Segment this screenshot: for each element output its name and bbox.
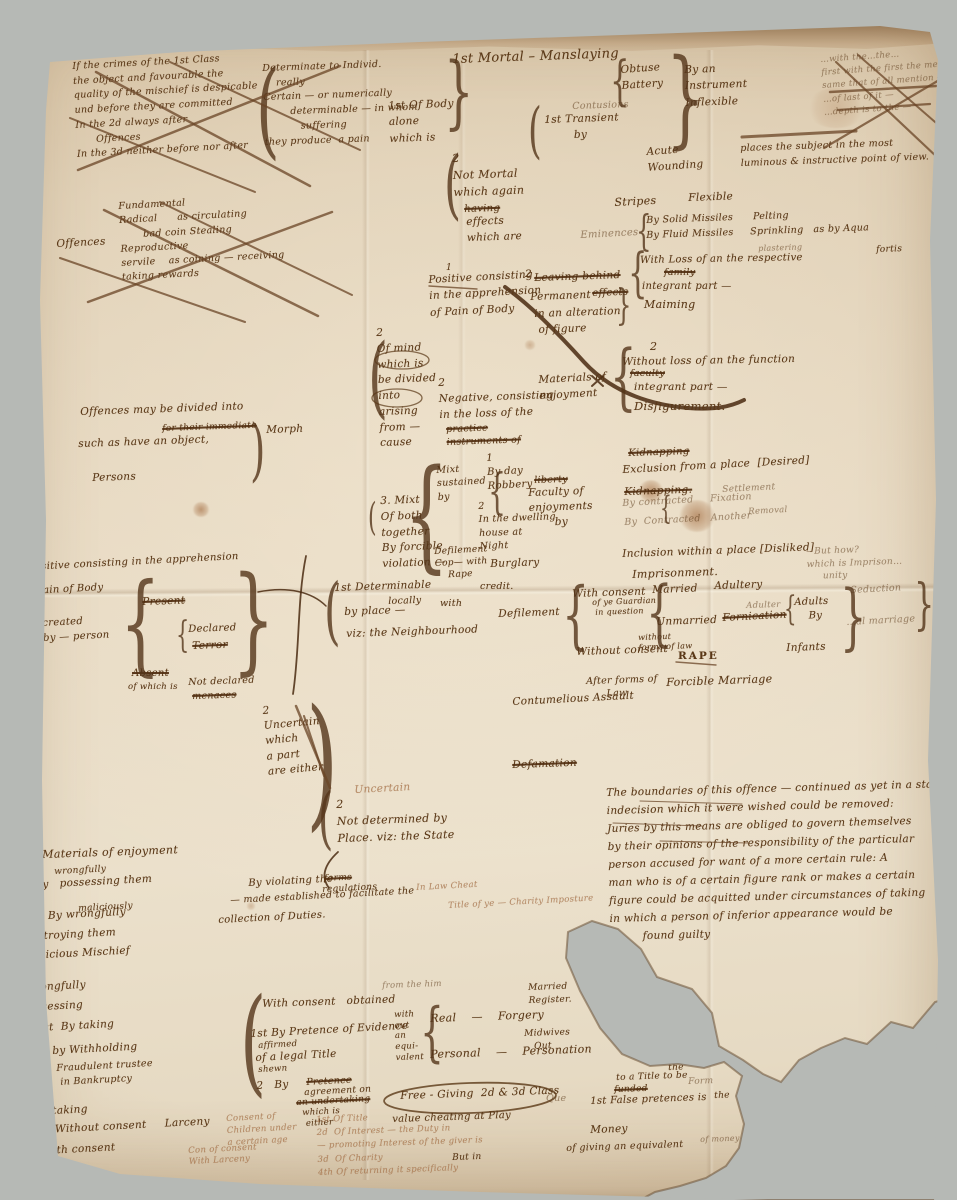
- ink-brace: }: [914, 580, 934, 630]
- handwritten-text: Adulter: [746, 599, 781, 613]
- handwritten-text: By possessing them: [34, 871, 153, 893]
- ink-brace: }: [616, 286, 632, 324]
- handwritten-text: such as have an object,: [78, 431, 209, 452]
- ink-brace: }: [232, 568, 275, 672]
- label-with-consent-obtained: With consent obtained: [262, 991, 396, 1012]
- ink-brace: (: [528, 104, 542, 159]
- handwritten-text: Eminences: [580, 225, 639, 244]
- crossed-note-offences: Fundamental Radical as circulating bad c…: [118, 191, 286, 285]
- ink-brace: {: [562, 582, 589, 649]
- label-burglary: Burglary: [490, 554, 540, 572]
- ink-brace: {: [120, 574, 161, 673]
- handwritten-text: of giving an equivalent: [566, 1138, 684, 1157]
- handwritten-text: created by — person: [42, 613, 110, 646]
- label-malicious-mischief: Malicious Mischief: [24, 942, 130, 964]
- manuscript-paper: LASSIFICATI3 Classes. Rough Draught in t…: [0, 0, 957, 1200]
- handwritten-text: 2 by Withholding: [34, 1039, 138, 1061]
- handwritten-text: Con of consent With Larceny: [188, 1142, 258, 1168]
- label-disfigurement: Disfigurement.: [634, 398, 725, 416]
- ink-brace: {: [646, 580, 673, 645]
- handwritten-text: 2d With consent: [24, 1139, 116, 1160]
- ink-brace: {: [610, 58, 630, 106]
- label-inclusion: Inclusion within a place [Disliked]: [622, 539, 815, 562]
- ink-brace: (: [368, 336, 388, 416]
- handwritten-text: Flexible: [688, 188, 733, 206]
- handwritten-text: Offences: [56, 233, 106, 252]
- handwritten-text: 1st False pretences is: [590, 1090, 707, 1110]
- handwritten-text: Faculty of enjoyments by: [528, 484, 594, 532]
- scanned-manuscript: LASSIFICATI3 Classes. Rough Draught in t…: [0, 0, 957, 1200]
- ink-brace: ): [250, 420, 265, 481]
- label-neighbourhood: viz: the Neighbourhood: [346, 621, 479, 642]
- ink-brace: {: [488, 470, 506, 514]
- handwritten-text: Money: [590, 1121, 628, 1139]
- handwritten-text: practice instruments of: [446, 421, 521, 449]
- handwritten-text: in an alteration of figure: [534, 303, 622, 339]
- handwritten-text: By taking: [34, 1101, 88, 1120]
- note-boundaries-of-offence: The boundaries of this offence — continu…: [606, 775, 957, 947]
- handwritten-text: integrant part —: [634, 379, 728, 395]
- handwritten-text: Removal: [748, 504, 788, 519]
- handwritten-text: Persons: [92, 468, 136, 486]
- ink-brace: }: [840, 584, 867, 649]
- handwritten-text: Positive consisting in the apprehension …: [428, 266, 543, 321]
- handwritten-text: By Contracted Another: [624, 509, 752, 530]
- handwritten-text: integrant part —: [642, 279, 732, 295]
- handwritten-text: menaces: [192, 688, 237, 704]
- handwritten-text: 1st By taking: [36, 1016, 115, 1036]
- handwritten-text: Contumelious Assault: [512, 688, 634, 711]
- handwritten-text: collection of Duties.: [218, 907, 326, 928]
- handwritten-text: 2 Not Mortal which again: [452, 148, 525, 202]
- crossed-marginal-note: …with the…the… first with the first the …: [820, 44, 957, 120]
- handwritten-text: Title of ye — Charity Imposture: [448, 892, 594, 913]
- handwritten-text: effects which are: [466, 212, 522, 246]
- handwritten-text: Married Register.: [528, 980, 572, 1007]
- label-adultery: Adultery: [714, 576, 763, 594]
- handwritten-text: Infants: [786, 639, 826, 657]
- handwritten-text: 2 Negative, consisting in the loss of th…: [438, 372, 555, 423]
- handwritten-text: Terror: [192, 637, 228, 654]
- handwritten-text: fortis: [876, 243, 902, 258]
- ink-brace: {: [176, 620, 189, 652]
- label-rape: RAPE: [678, 648, 719, 664]
- handwritten-text: with: [440, 597, 462, 612]
- handwritten-text: Midwives Out: [524, 1026, 571, 1053]
- handwritten-text: Declared: [188, 620, 237, 637]
- handwritten-text: by place —: [344, 602, 406, 620]
- ink-brace: {: [610, 344, 637, 409]
- ink-brace: }: [444, 56, 474, 128]
- handwritten-text: Que: [546, 1092, 566, 1107]
- handwritten-text: 1st Transient by: [544, 109, 620, 144]
- label-forcible-marriage: Forcible Marriage: [666, 670, 773, 691]
- label-the-state: 2 Not determined by Place. viz: the Stat…: [336, 792, 455, 847]
- handwritten-text: Fraudulent trustee in Bankruptcy: [56, 1057, 154, 1091]
- label-forgery: Real — Forgery: [430, 1006, 544, 1027]
- label-defilement: Defilement: [498, 604, 560, 622]
- handwritten-text: destroying them: [24, 924, 116, 945]
- crossed-note-classes: If the crimes of the 1st Class the objec…: [72, 50, 261, 163]
- handwritten-text: Leaving behind: [534, 267, 621, 286]
- handwritten-text: Form: [688, 1075, 714, 1090]
- handwritten-text: But in: [452, 1151, 482, 1166]
- handwritten-text: Wrongfully: [24, 977, 86, 996]
- handwritten-text: Defamation: [512, 755, 577, 774]
- ink-brace: (: [318, 788, 333, 849]
- label-imprisonment: Imprisonment.: [632, 563, 718, 583]
- handwritten-text: 2 By wrongfully: [26, 904, 126, 925]
- handwritten-text: possessing: [22, 997, 83, 1016]
- ink-brace: {: [420, 1004, 444, 1063]
- marginal-note: places the subject in the most luminous …: [740, 135, 929, 171]
- label-materials-of-enjoyment: Materials of enjoyment: [42, 841, 178, 863]
- handwritten-text: from the him: [382, 978, 442, 993]
- handwritten-text: Adults By: [794, 595, 829, 624]
- handwritten-text: In Law Cheat: [416, 879, 478, 895]
- ink-brace: (: [256, 62, 280, 157]
- handwritten-text: of money: [700, 1133, 740, 1147]
- handwritten-text: the: [714, 1089, 730, 1103]
- label-maiming: Maiming: [644, 296, 696, 313]
- ink-brace: {: [784, 594, 797, 625]
- ink-brace: (: [368, 500, 377, 534]
- ink-brace: (: [444, 150, 461, 218]
- ink-brace: {: [660, 494, 672, 523]
- note-offences-divided: Offences may be divided into: [80, 398, 244, 420]
- inverted-header-left: LASSIFICATI: [0, 7, 56, 30]
- inverted-header-right: TABULA Torn: [570, 0, 705, 22]
- handwriting-layer: LASSIFICATI3 Classes. Rough Draught in t…: [0, 0, 957, 1200]
- ink-brace: (: [240, 990, 266, 1094]
- inverted-header-center: 3 Classes. Rough Draught in the Bk: [0, 3, 235, 28]
- handwritten-text: Morph: [266, 421, 304, 439]
- title-mortal-manslaying: 1st Mortal – Manslaying: [452, 44, 619, 70]
- handwritten-text: Free - Giving 2d & 3d Class: [400, 1082, 560, 1104]
- handwritten-text: 1st Of Title 2d Of Interest — the Duty i…: [316, 1108, 484, 1180]
- handwritten-text: 1 Pain of Body: [26, 580, 104, 600]
- handwritten-text: credit.: [480, 580, 514, 595]
- ink-brace: }: [666, 50, 705, 145]
- ink-brace: {: [404, 460, 449, 570]
- ink-brace: (: [324, 578, 341, 645]
